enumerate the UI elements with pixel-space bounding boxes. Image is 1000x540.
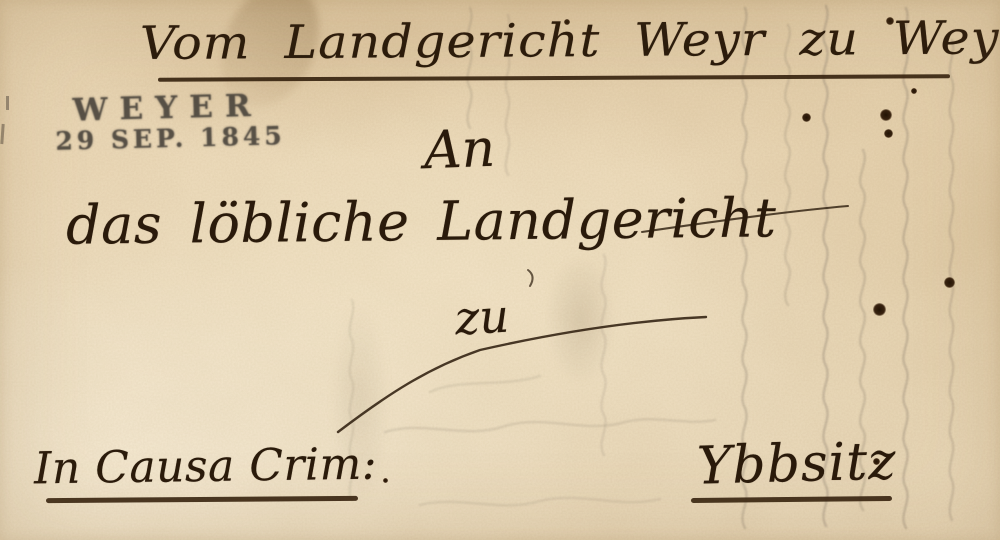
docket-line: Vom Landgericht Weyr zu Weyer [140,10,1000,70]
destination-place: Ybbsitz [696,431,897,496]
ink-blot [564,19,570,25]
address-salutation: An [423,119,496,181]
ink-blot [944,277,955,288]
ink-blot [873,303,886,316]
ink-blot [880,109,892,121]
address-line2: zu [454,289,511,346]
ink-blot [886,17,894,25]
ink-blot [884,129,893,138]
destination-underline [691,496,892,503]
postmark-date: 29 SEP. 1845 [55,121,286,156]
scan-edge-mark [6,96,9,110]
ink-blot [383,478,388,483]
subject-note: In Causa Crim: [34,439,378,495]
docket-underline [158,74,950,81]
address-line1: das löbliche Landgericht [66,186,777,256]
ink-blot [873,458,880,465]
ink-blot [911,88,917,94]
ink-blot [802,113,811,122]
subject-underline [46,496,358,503]
paper-smudge [545,255,615,385]
postmark-stamp: WEYER 29 SEP. 1845 [54,87,286,156]
letter-cover-scan: Vom Landgericht Weyr zu Weyer WEYER 29 S… [0,0,1000,540]
scan-edge-mark [0,124,4,144]
